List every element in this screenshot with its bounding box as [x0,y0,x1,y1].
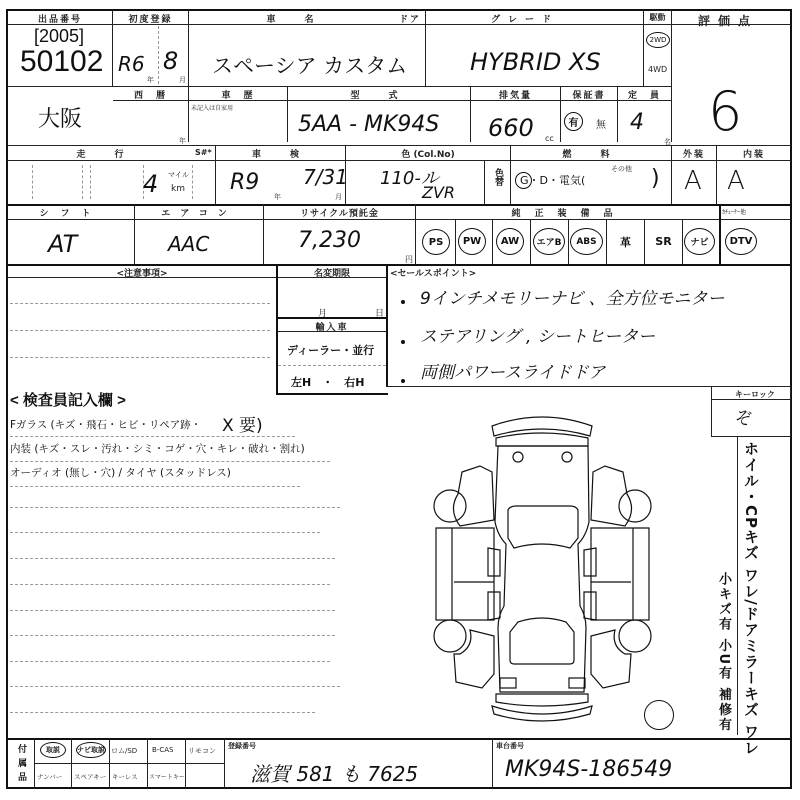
recycle-label: リサイクル預託金 [264,206,415,219]
interior-grade: A [727,166,745,196]
equipment-aw[interactable]: AW [496,228,524,255]
km-unit: km [171,184,185,194]
shift-label: シフト [8,206,134,219]
accessory-number-plate[interactable]: ナンバー [37,772,62,781]
divider [278,365,386,366]
sales-point-2: ステアリング , シートヒーター [420,322,655,347]
inspection-label: 車 検 [216,147,345,160]
warranty-label: 保証書 [561,88,617,101]
chassis-number: MK94S-186549 [505,757,672,782]
equipment-leather[interactable]: 革 [607,228,644,255]
fuel-close: ) [651,166,660,191]
grade-label: グレード [470,12,580,25]
recycle-amount: 7,230 [298,228,361,253]
divider [492,219,493,264]
import-options[interactable]: ディーラー・並行 [287,342,374,358]
divider [425,10,426,86]
lot-number: 50102 [20,45,103,79]
divider [386,264,388,386]
inspector-title: < 検査員記入欄 > [10,389,126,410]
name-change-day: 日 [375,306,384,319]
import-label: 輸入車 [278,320,386,333]
footer-top-line [7,738,791,740]
sales-point-3: 両側パワースライドドア [420,358,605,383]
displacement-label: 排気量 [471,88,560,101]
vertical-note-side: 小キズ有 小U有 補修有 [714,572,733,733]
western-label: 西 暦 [113,88,188,101]
drive-label: 駆動 [644,12,671,23]
first-reg-label: 初度登録 [113,12,188,25]
sales-point-bullet [401,300,405,304]
divider [671,10,672,142]
inspector-line [10,661,330,662]
inspector-line [10,507,340,508]
divider [484,160,485,205]
inspector-line [10,436,295,437]
divider [415,204,416,264]
car-name-label: 車 名 [240,12,350,25]
spare-tire-icon[interactable] [644,700,674,730]
history-label: 車 歴 [189,88,287,101]
divider [530,219,531,264]
model: 5AA - MK94S [298,112,439,137]
equipment-navi[interactable]: ナビ [684,228,715,255]
color-label: 色 (Col.No) [346,147,510,160]
vertical-note-main: ホイル・CPキズ ワレ/ドアミラーキズ ワレ [742,441,760,756]
equipment-dtv[interactable]: DTV [725,228,757,255]
color-code: ZVR [422,183,455,202]
equipment-pw[interactable]: PW [458,228,486,255]
inspector-line [10,486,300,487]
divider [568,219,569,264]
year-unit: 年 [147,75,154,85]
inspector-line [10,686,340,687]
fuel-label: 燃 料 [511,147,671,160]
mileage: 4 [143,170,158,198]
divider [278,317,386,319]
history-note: 未記入は自家用 [191,103,233,112]
door-label: ドア [395,12,425,25]
row4-header-line [7,219,791,220]
first-reg-year: R6 [118,52,145,76]
mile-unit: マイル [168,170,189,180]
aircon: AAC [168,232,209,256]
car-name: スペーシア カスタム [212,50,407,80]
s-label: S#* [195,148,212,157]
key-lock-label: キーロック [735,389,775,400]
divider [737,437,738,735]
sales-point-bullet [401,379,405,383]
divider [492,738,493,788]
divider [682,219,683,264]
sales-points-label: <セールスポイント> [390,266,476,279]
divider [82,165,83,199]
sales-point-1: 9インチメモリーナビ 、全方位モニター [420,284,725,309]
capacity: 4 [630,110,644,135]
inspection-year: R9 [230,170,259,195]
divider [224,738,225,788]
equipment-abs[interactable]: ABS [570,228,603,255]
score: 6 [708,80,742,143]
inspector-line [10,461,330,462]
location: 大阪 [38,102,82,133]
caution-line [10,330,270,331]
score-label: 評価点 [673,12,783,29]
row3-top-line [7,145,791,146]
divider [188,10,189,142]
accessory-navi-manual[interactable]: ナビ取説 [76,742,106,758]
shift: AT [48,230,77,258]
caution-line [10,357,270,358]
month-unit: 月 [179,75,186,85]
inspector-line [10,712,315,713]
inspection-year-unit: 年 [274,192,281,202]
fuel-options: G・D・電気( [520,172,585,188]
exterior-grade: A [684,166,702,196]
reg-number-label: 登録番号 [228,741,256,751]
inspector-line [10,635,335,636]
capacity-label: 定 員 [618,88,671,101]
handle-options[interactable]: 左H ・ 右H [291,374,364,390]
accessory-rom-sd[interactable]: ロム/SD [111,746,137,756]
divider [276,393,388,395]
aircon-label: エアコン [135,206,263,219]
divider [719,204,721,264]
inspector-line-audio: オーディオ (無し・穴) / タイヤ (スタッドレス) [10,465,231,480]
inspection-date: 7/31 [303,165,348,189]
mileage-label: 走 行 [60,147,150,160]
drive-2wd-option[interactable]: 2WD [646,32,670,48]
name-change-month: 月 [318,306,327,319]
inspection-month-unit: 月 [335,192,342,202]
fuel-other-label: その他 [611,164,632,174]
lot-year: [2005] [34,26,84,47]
inspector-line [10,532,320,533]
warranty-no-option[interactable]: 無 [596,116,606,131]
divider [90,165,91,199]
lot-label: 出品番号 [10,12,110,25]
fglass-mark: X 要) [222,411,263,436]
interior-label: 内装 [717,147,791,160]
accessory-remote[interactable]: リモコン [188,746,216,756]
row2-top-line [7,86,671,87]
inspector-line-interior: 内装 (キズ・スレ・汚れ・シミ・コゲ・穴・キレ・破れ・割れ) [10,441,305,456]
exterior-label: 外装 [672,147,716,160]
equipment-label: 純正装備品 [420,206,718,219]
accessory-keyless[interactable]: キーレス [112,772,138,781]
inspector-line-fglass: Fガラス (キズ・飛石・ヒビ・リペア跡・ [10,417,201,432]
tuner-label: ｶﾁｭｰﾅｰ他 [722,207,746,216]
key-lock-value: ぞ [735,404,752,429]
chassis-label: 車台番号 [496,741,524,751]
inspector-line [10,584,330,585]
divider [34,763,224,764]
reg-number: 滋賀 581 も 7625 [250,758,418,787]
equipment-sr[interactable]: SR [645,228,682,255]
caution-line [10,303,270,304]
accessory-spare-key[interactable]: スペアキー [74,772,106,781]
equipment-airbag[interactable]: エアB [533,228,565,255]
divider [455,219,456,264]
warranty-yes-option[interactable]: 有 [564,112,583,131]
divider [192,165,193,199]
accessory-smart-key[interactable]: スマートキー [149,772,185,781]
grade: HYBRID XS [470,48,601,76]
caution-label: <注意事項> [8,266,276,279]
cc-unit: cc [545,134,554,143]
model-label: 型 式 [288,88,470,101]
inspector-line [10,558,335,559]
name-change-label: 名変期限 [278,266,386,279]
repaint-label: 色替 [492,168,505,186]
car-damage-diagram[interactable] [420,410,665,725]
inspector-line [10,610,335,611]
divider [158,26,159,84]
displacement: 660 [488,114,534,142]
accessory-bcas[interactable]: B-CAS [152,746,173,754]
equipment-ps[interactable]: PS [422,229,450,255]
row3-header-line [7,160,791,161]
sales-point-bullet [401,340,405,344]
first-reg-month: 8 [163,47,178,75]
divider [32,165,33,199]
accessory-manual[interactable]: 取説 [40,742,66,758]
drive-4wd-option[interactable]: 4WD [648,65,667,74]
accessories-label: 付属品 [15,744,28,786]
